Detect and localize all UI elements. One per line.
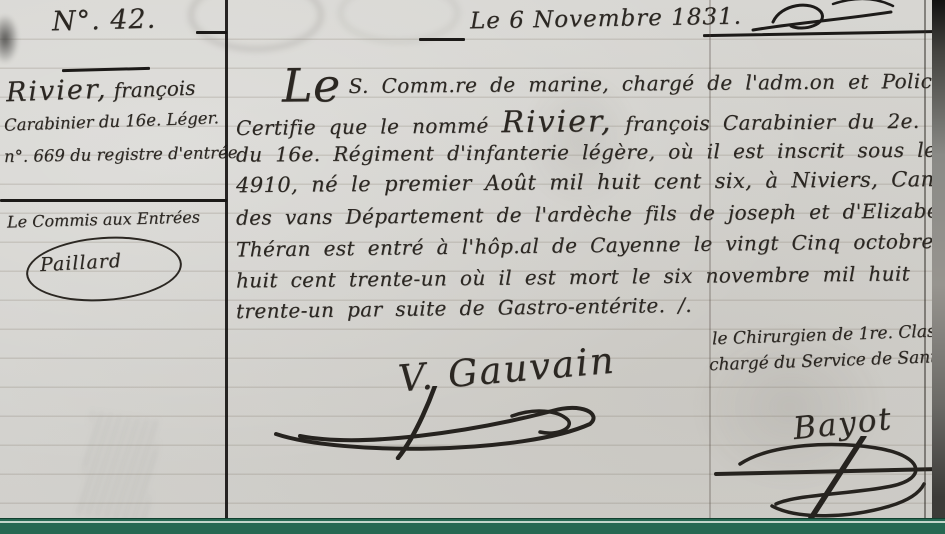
ink-stain <box>0 14 19 64</box>
margin-column-rule <box>225 0 228 518</box>
body-line-1-text: S. Comm.re de marine, chargé de l'adm.on… <box>349 67 945 98</box>
body-line-6: Théran est entré à l'hôp.al de Cayenne l… <box>236 228 945 261</box>
margin-name-surname: Rivier, <box>6 74 108 109</box>
pencil-smudge <box>77 411 161 525</box>
surgeon-title-line-2: chargé du Service de Santé. <box>709 347 945 375</box>
margin-divider-rule <box>0 199 227 202</box>
body-line-2: Certifie que le nommé Rivier, françois C… <box>236 100 945 143</box>
stamp-ghost <box>188 0 324 52</box>
margin-note-unit: Carabinier du 16e. Léger. <box>4 108 219 134</box>
surgeon-title-line-1: le Chirurgien de 1re. Classe, <box>712 321 945 350</box>
margin-note-registry: n°. 669 du registre d'entrée <box>4 143 238 166</box>
body-line-1: LeS. Comm.re de marine, chargé de l'adm.… <box>282 60 945 98</box>
body-line-7: huit cent trente-un où il est mort le si… <box>236 261 910 292</box>
body-line-2-pre: Certifie que le nommé <box>236 113 502 140</box>
body-line-2-post: françois Carabinier du 2e. Bat.on <box>612 108 945 136</box>
clerk-title: Le Commis aux Entrées <box>7 207 200 231</box>
body-line-8: trente-un par suite de Gastro-entérite. … <box>236 293 692 323</box>
body-line-5: des vans Département de l'ardèche fils d… <box>236 198 945 230</box>
signature-flourish-icon <box>272 386 602 460</box>
body-line-3: du 16e. Régiment d'infanterie légère, où… <box>236 137 945 166</box>
opening-initial: Le <box>282 75 341 96</box>
scan-bottom-bar-highlight <box>0 521 945 523</box>
body-line-4: 4910, né le premier Août mil huit cent s… <box>236 167 945 197</box>
clerk-signature: Paillard <box>39 250 122 276</box>
margin-note-name: Rivier, françois <box>6 71 196 109</box>
date-rule-left <box>419 38 465 41</box>
page-edge-rule <box>924 0 926 518</box>
deceased-name: Rivier, <box>501 104 612 140</box>
page-edge-shadow <box>932 0 945 518</box>
fold-crease <box>709 0 711 518</box>
register-page: N°. 42. Rivier, françois Carabinier du 1… <box>0 0 945 534</box>
corner-ink-scribble-icon <box>745 0 895 38</box>
header-date: Le 6 Novembre 1831. <box>470 4 742 35</box>
record-number-underline <box>62 67 150 72</box>
record-number: N°. 42. <box>52 4 157 38</box>
margin-name-firstname: françois <box>107 76 196 103</box>
surgeon-paraph-icon <box>714 436 942 528</box>
margin-edge-dash <box>196 31 227 34</box>
